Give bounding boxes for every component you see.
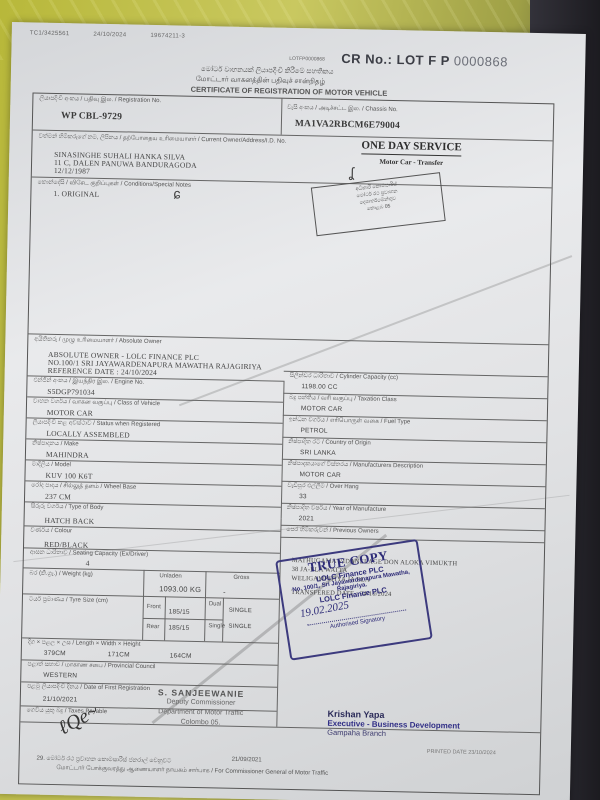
value-provincial-council: WESTERN [43,672,77,680]
label-year-manufacture: නිෂ්පාදිත වර්ෂය / Year of Manufacture [287,505,386,514]
value-manufacturer-desc: MOTOR CAR [300,471,342,479]
commissioner-signature-block: S. SANJEEWANIE Deputy Commissioner Depar… [157,687,244,729]
label-model: මාදිලිය / Model [32,462,71,470]
value-country-origin: SRI LANKA [300,449,336,457]
value-wheel-base: 237 CM [45,492,71,502]
cr-label: CR No.: [341,51,392,67]
label-tyre-size: ටයර් ප්‍රමාණය / Tyre Size (cm) [29,596,108,605]
value-status-registered: LOCALLY ASSEMBLED [46,429,130,440]
handwritten-initial: ʆ [349,164,354,180]
value-height: 164CM [170,652,192,659]
value-model: KUV 100 K6T [45,471,92,481]
label-tyre-rear: Rear [146,624,159,630]
value-body-type: HATCH BACK [44,516,94,526]
label-unladen: Unladen [159,573,181,579]
label-taxation-class: බදු පන්තිය / வரி வகுப்பு / Taxation Clas… [289,395,397,404]
footer-date: 21/09/2021 [232,757,262,764]
value-seating-capacity: 4 [86,559,90,568]
label-colour: වර්ණය / Colour [30,527,72,535]
value-owner-id: 12/12/1987 [54,166,90,176]
value-tyre-single: SINGLE [228,624,251,630]
cr-prefix: LOT F P [396,52,449,68]
value-tyre-front: 185/15 [169,608,190,615]
label-body-type: සිරුරු වර්ගය / Type of Body [31,504,104,513]
value-engine-no: S5DGP791034 [47,387,95,397]
value-taxation-class: MOTOR CAR [301,405,343,413]
value-make: MAHINDRA [46,450,89,460]
value-conditions: 1. ORIGINAL [53,189,99,199]
value-unladen: 1093.00 KG [159,584,201,594]
label-dimensions: දිග × පළල × උස / Length × Width × Height [28,639,141,648]
label-wheel-base: රෝද පාදය / சில்லுத் தளம் / Wheel Base [31,483,136,492]
cr-value: 0000868 [454,53,508,69]
registration-certificate: TC1/3425561 24/10/2024 19674211-3 LOTFP0… [0,22,586,800]
value-tyre-dual: SINGLE [229,608,252,614]
value-over-hang: 33 [299,493,307,500]
label-previous-owners: පෙර හිමිකරුවන් / Previous Owners [286,527,378,536]
label-gross: Gross [233,575,249,581]
label-tyre-single: Single [208,623,225,629]
value-year-manufacture: 2021 [299,515,314,522]
top-meta: TC1/3425561 24/10/2024 19674211-3 [30,30,185,39]
officer-stamp: Krishan Yapa Executive - Business Develo… [327,709,460,740]
one-day-service-title: ONE DAY SERVICE [361,139,462,156]
label-seating-capacity: ආසන ධාරිතාව / Seating Capacity (Ex/Drive… [30,549,148,558]
label-status-registered: ලියාපදිංචි කළ අවස්ථාව / Status when Regi… [33,420,161,430]
value-cylinder-capacity: 1198.00 CC [301,383,337,391]
label-weight: බර (කි.ග්‍රෑ.) / Weight (kg) [29,570,92,578]
label-chassis-no: චැසි අංකය / அடிச்சட்ட இல. / Chassis No. [287,105,398,114]
label-tyre-front: Front [147,604,161,610]
label-over-hang: වැඩිපුර එල්ලීම / Over Hang [287,483,358,491]
label-fuel-type: ඉන්ධන වර්ගය / எரிபொருள் வகை / Fuel Type [289,417,411,427]
one-day-service-stamp: ONE DAY SERVICE Motor Car - Transfer [361,139,462,167]
label-country-origin: නිෂ්පාදිත රට / Country of Origin [288,439,371,448]
label-manufacturer-desc: නිෂ්පාදකයාගේ විස්තරය / Manufacturers Des… [288,461,423,471]
value-width: 171CM [108,651,130,658]
label-cylinder-capacity: සිලින්ඩර ධාරිතාව / Cylinder Capacity (cc… [290,373,399,382]
value-registration-no: WP CBL-9729 [61,111,122,122]
meta-date: 24/10/2024 [93,32,126,39]
signer-title3: Colombo 05. [157,717,243,729]
value-tyre-rear: 185/15 [168,624,189,631]
value-fuel-type: PETROL [300,427,327,435]
label-provincial-council: පළාත් සභාව / மாகாண சபை / Provincial Coun… [27,661,155,671]
label-vehicle-class: වාහන වර්ගය / வாகன வகுப்பு / Class of Veh… [33,399,160,409]
value-vehicle-class: MOTOR CAR [47,408,93,418]
handwritten-mark: ɕ [173,185,180,201]
label-engine-no: එන්ජින් අංකය / இயந்திர இல. / Engine No. [33,378,144,387]
meta-code: TC1/3425561 [30,30,70,37]
label-first-registration: පළමු ලියාපදිංචි දිනය / Date of First Reg… [27,683,150,693]
value-chassis-no: MA1VA2RBCM6E79004 [295,119,400,131]
meta-ref: 19674211-3 [150,33,185,40]
lot-code: LOTFP0000868 [289,56,325,63]
form-grid: ලියාපදිංචි අංකය / பதிவு இல. / Registrati… [18,92,554,795]
label-absolute-owner: අයිතිකරු / முழு உரிமையாளர் / Absolute Ow… [34,337,161,347]
label-tyre-dual: Dual [209,601,221,607]
value-gross: - [223,588,226,597]
value-length: 379CM [44,650,66,657]
cr-number: CR No.: LOT F P 0000868 [341,51,508,69]
label-make: නිෂ්පාදනය / Make [32,441,79,449]
label-current-owner: වත්මන් හිමිකරුගේ නම, ලිපිනය / தற்போதைய உ… [39,134,287,146]
label-registration-no: ලියාපදිංචි අංකය / பதிவு இல. / Registrati… [39,96,161,106]
value-first-registration: 21/10/2021 [43,696,78,704]
